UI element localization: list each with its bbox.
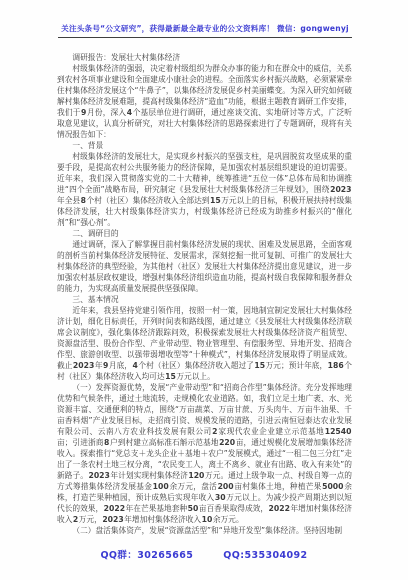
paragraph-background: 村级集体经济的发展壮大，是实现乡村振兴的坚强支柱，是巩固脱贫攻坚成果的重要手段，… (57, 151, 352, 228)
qq-group-number: QQ群：30265665 (100, 550, 193, 561)
section-heading-purpose: 二、调研目的 (57, 228, 352, 239)
qq-number: QQ:535304092 (223, 550, 307, 561)
promo-header-text: 关注头条号“公文研究”，获得最新最全最专业的公文资料库！ 微信：gongweny… (58, 23, 352, 34)
section-heading-basic-situation: 三、基本情况 (57, 294, 352, 305)
document-body: 调研报告：发展壮大村集体经济 村级集体经济的强弱，决定着村级组织为群众办事的能力… (57, 52, 352, 536)
paragraph-item-two-truncated: （二）盘活集体资产，发展“资源盘活型”和“异地开发型”集体经济。坚持因地制 (57, 525, 352, 536)
promo-header: 关注头条号“公文研究”，获得最新最全最专业的公文资料库！ 微信：gongweny… (58, 23, 352, 38)
paragraph-purpose: 通过调研，深入了解掌握目前村集体经济发展的现状、困难及发展思路，全面客观的剖析当… (57, 239, 352, 294)
section-heading-background: 一、背景 (57, 140, 352, 151)
promo-footer: QQ群：30265665QQ:535304092 (0, 547, 408, 561)
document-page: 关注头条号“公文研究”，获得最新最全最专业的公文资料库！ 微信：gongweny… (0, 0, 408, 580)
paragraph-basic-situation: 近年来，我县坚持党建引领作用，按照一村一策，因地制宜制定发展壮大村集体经济计划，… (57, 305, 352, 382)
paragraph-intro: 村级集体经济的强弱，决定着村级组织为群众办事的能力和在群众中的威信，关系到农村各… (57, 63, 352, 140)
paragraph-item-one: （一）发挥资源优势，发展“产业带动型”和“招商合作型”集体经济。充分发挥地理优势… (57, 382, 352, 525)
report-title: 调研报告：发展壮大村集体经济 (57, 52, 352, 63)
